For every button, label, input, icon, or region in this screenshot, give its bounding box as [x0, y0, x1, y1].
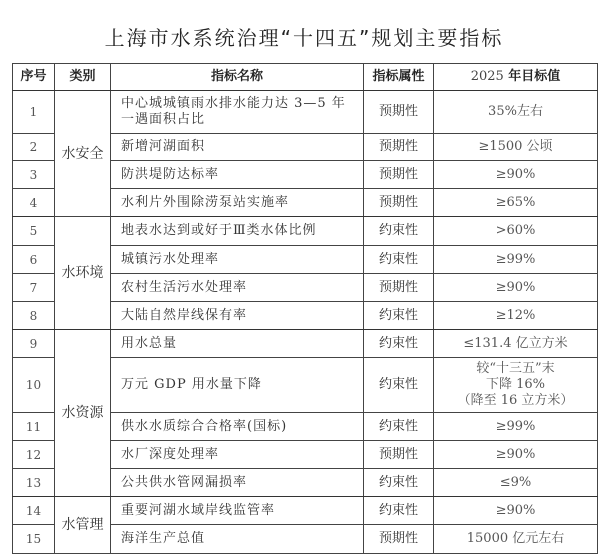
indicator-target: 较“十三五”末 下降 16% （降至 16 立方米） — [434, 358, 598, 413]
category-cell: 水管理 — [55, 497, 111, 554]
row-index: 4 — [13, 189, 55, 217]
table-row: 9 水资源 用水总量 约束性 ≤131.4 亿立方米 — [13, 330, 598, 358]
header-target-label: 年目标值 — [504, 69, 561, 84]
indicator-attribute: 约束性 — [364, 358, 434, 413]
indicator-target: ≥90% — [434, 161, 598, 189]
indicator-attribute: 预期性 — [364, 134, 434, 161]
indicator-name: 新增河湖面积 — [111, 134, 364, 161]
indicator-target: 35%左右 — [434, 91, 598, 134]
indicator-name: 万元 GDP 用水量下降 — [111, 358, 364, 413]
indicator-name: 城镇污水处理率 — [111, 246, 364, 274]
category-cell: 水资源 — [55, 330, 111, 497]
indicator-attribute: 约束性 — [364, 497, 434, 525]
indicator-name: 水厂深度处理率 — [111, 441, 364, 469]
indicator-target: ≤9% — [434, 469, 598, 497]
row-index: 11 — [13, 413, 55, 441]
indicator-target: ≥90% — [434, 274, 598, 302]
indicator-attribute: 预期性 — [364, 91, 434, 134]
indicator-attribute: 预期性 — [364, 525, 434, 554]
page-title: 上海市水系统治理“十四五”规划主要指标 — [0, 22, 608, 51]
target-line: 较“十三五”末 — [434, 361, 597, 377]
indicator-target: ≥12% — [434, 302, 598, 330]
indicator-attribute: 预期性 — [364, 189, 434, 217]
indicator-attribute: 约束性 — [364, 217, 434, 246]
indicator-target: ≥99% — [434, 413, 598, 441]
row-index: 1 — [13, 91, 55, 134]
row-index: 13 — [13, 469, 55, 497]
indicator-attribute: 约束性 — [364, 302, 434, 330]
table-row: 1 水安全 中心城城镇雨水排水能力达 3—5 年一遇面积占比 预期性 35%左右 — [13, 91, 598, 134]
indicator-attribute: 预期性 — [364, 441, 434, 469]
indicator-name: 水利片外围除涝泵站实施率 — [111, 189, 364, 217]
indicator-target: ≥99% — [434, 246, 598, 274]
indicator-name: 供水水质综合合格率(国标) — [111, 413, 364, 441]
indicator-name: 大陆自然岸线保有率 — [111, 302, 364, 330]
indicator-target: ≥90% — [434, 497, 598, 525]
category-cell: 水环境 — [55, 217, 111, 330]
indicator-name: 重要河湖水域岸线监管率 — [111, 497, 364, 525]
header-name: 指标名称 — [111, 64, 364, 91]
indicator-attribute: 预期性 — [364, 161, 434, 189]
row-index: 12 — [13, 441, 55, 469]
table-row: 5 水环境 地表水达到或好于Ⅲ类水体比例 约束性 >60% — [13, 217, 598, 246]
header-target-year: 2025 — [471, 69, 504, 84]
indicator-target: ≤131.4 亿立方米 — [434, 330, 598, 358]
table-header-row: 序号 类别 指标名称 指标属性 2025 年目标值 — [13, 64, 598, 91]
target-line: 下降 16% — [434, 377, 597, 393]
category-cell: 水安全 — [55, 91, 111, 217]
row-index: 15 — [13, 525, 55, 554]
indicator-target: ≥65% — [434, 189, 598, 217]
indicator-name: 公共供水管网漏损率 — [111, 469, 364, 497]
row-index: 3 — [13, 161, 55, 189]
row-index: 9 — [13, 330, 55, 358]
indicator-name: 农村生活污水处理率 — [111, 274, 364, 302]
indicator-attribute: 约束性 — [364, 246, 434, 274]
row-index: 10 — [13, 358, 55, 413]
indicator-name: 用水总量 — [111, 330, 364, 358]
header-target: 2025 年目标值 — [434, 64, 598, 91]
indicator-name: 防洪堤防达标率 — [111, 161, 364, 189]
indicator-target: 15000 亿元左右 — [434, 525, 598, 554]
row-index: 8 — [13, 302, 55, 330]
row-index: 2 — [13, 134, 55, 161]
indicator-attribute: 约束性 — [364, 413, 434, 441]
indicator-attribute: 预期性 — [364, 274, 434, 302]
row-index: 14 — [13, 497, 55, 525]
indicator-target: ≥90% — [434, 441, 598, 469]
row-index: 7 — [13, 274, 55, 302]
indicator-name: 地表水达到或好于Ⅲ类水体比例 — [111, 217, 364, 246]
indicator-attribute: 约束性 — [364, 330, 434, 358]
indicator-target: ≥1500 公顷 — [434, 134, 598, 161]
header-index: 序号 — [13, 64, 55, 91]
header-attribute: 指标属性 — [364, 64, 434, 91]
indicator-attribute: 约束性 — [364, 469, 434, 497]
indicator-name: 海洋生产总值 — [111, 525, 364, 554]
target-line: （降至 16 立方米） — [434, 393, 597, 409]
row-index: 6 — [13, 246, 55, 274]
indicator-target: >60% — [434, 217, 598, 246]
row-index: 5 — [13, 217, 55, 246]
header-category: 类别 — [55, 64, 111, 91]
indicator-name: 中心城城镇雨水排水能力达 3—5 年一遇面积占比 — [111, 91, 364, 134]
table-row: 14 水管理 重要河湖水域岸线监管率 约束性 ≥90% — [13, 497, 598, 525]
indicators-table: 序号 类别 指标名称 指标属性 2025 年目标值 1 水安全 中心城城镇雨水排… — [12, 63, 598, 554]
